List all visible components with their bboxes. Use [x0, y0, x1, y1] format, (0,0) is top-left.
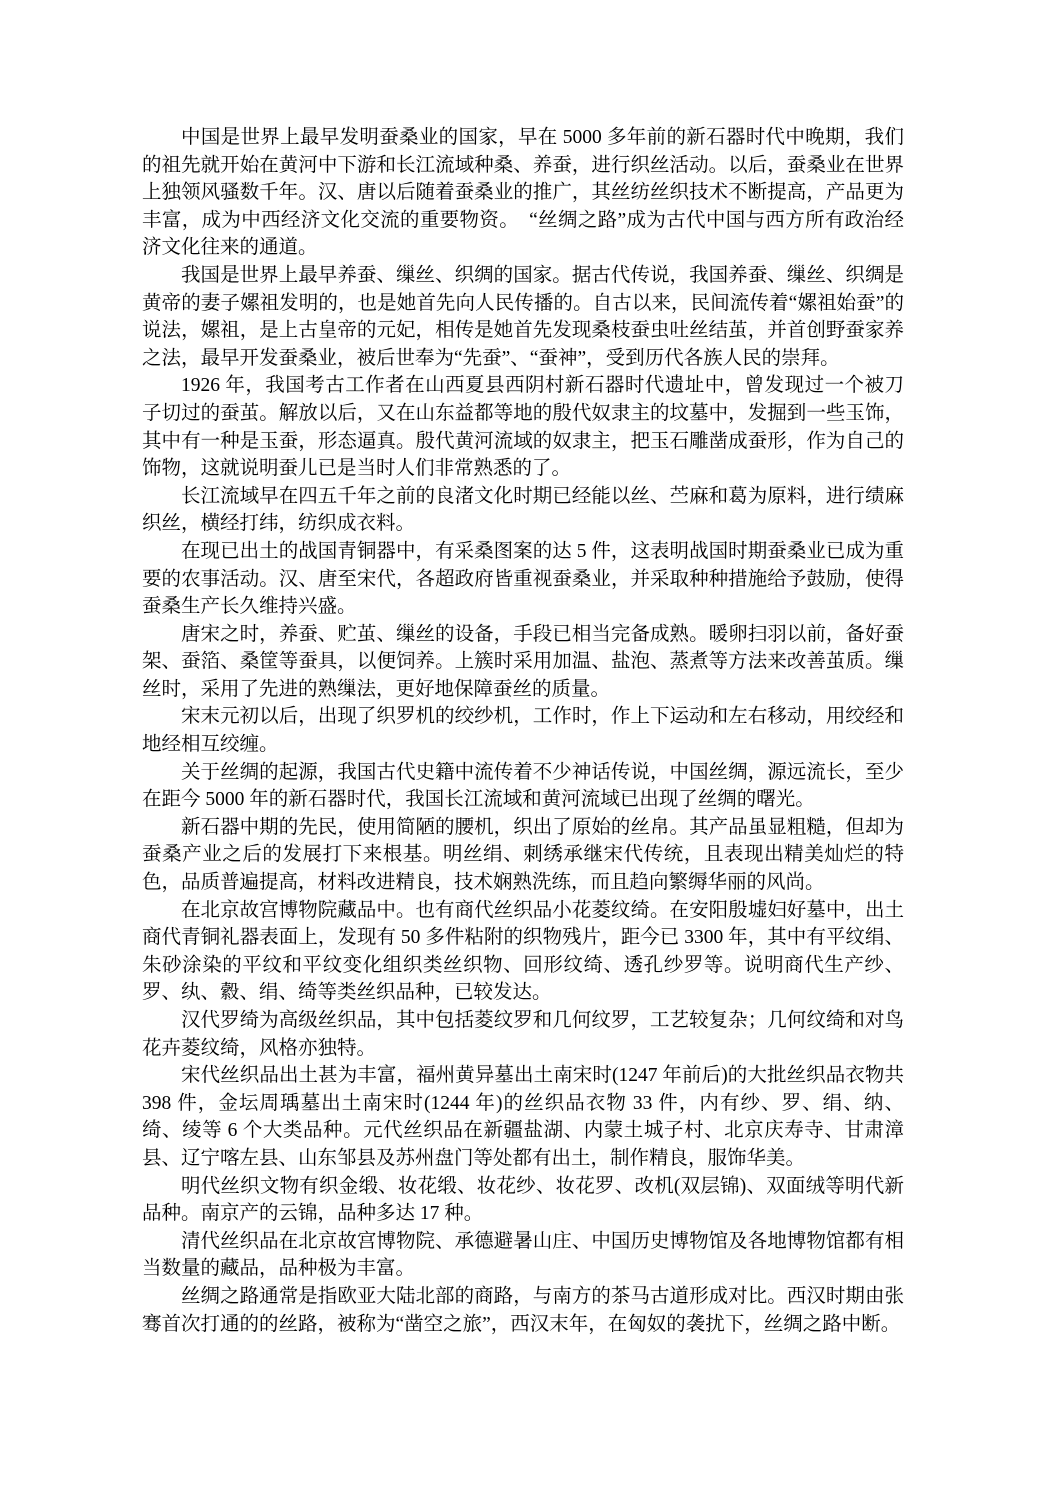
- paragraph-14: 清代丝织品在北京故宫博物院、承德避暑山庄、中国历史博物馆及各地博物馆都有相当数量…: [142, 1228, 904, 1283]
- paragraph-11: 汉代罗绮为高级丝织品，其中包括菱纹罗和几何纹罗，工艺较复杂；几何纹绮和对鸟花卉菱…: [142, 1007, 904, 1062]
- paragraph-2: 我国是世界上最早养蚕、缫丝、织绸的国家。据古代传说，我国养蚕、缫丝、织绸是黄帝的…: [142, 262, 904, 372]
- paragraph-7: 宋末元初以后，出现了织罗机的绞纱机，工作时，作上下运动和左右移动，用绞经和地经相…: [142, 703, 904, 758]
- document-page: 中国是世界上最早发明蚕桑业的国家，早在 5000 多年前的新石器时代中晚期，我们…: [142, 124, 904, 1338]
- paragraph-5: 在现已出土的战国青铜器中，有采桑图案的达 5 件，这表明战国时期蚕桑业已成为重要…: [142, 538, 904, 621]
- paragraph-4: 长江流域早在四五千年之前的良渚文化时期已经能以丝、苎麻和葛为原料，进行绩麻织丝，…: [142, 483, 904, 538]
- paragraph-13: 明代丝织文物有织金缎、妆花缎、妆花纱、妆花罗、改机(双层锦)、双面绒等明代新品种…: [142, 1173, 904, 1228]
- paragraph-10: 在北京故宫博物院藏品中。也有商代丝织品小花菱纹绮。在安阳殷墟妇好墓中，出土商代青…: [142, 897, 904, 1007]
- paragraph-3: 1926 年，我国考古工作者在山西夏县西阴村新石器时代遗址中，曾发现过一个被刀子…: [142, 372, 904, 482]
- paragraph-6: 唐宋之时，养蚕、贮茧、缫丝的设备，手段已相当完备成熟。暖卵扫羽以前，备好蚕架、蚕…: [142, 621, 904, 704]
- paragraph-15: 丝绸之路通常是指欧亚大陆北部的商路，与南方的茶马古道形成对比。西汉时期由张骞首次…: [142, 1283, 904, 1338]
- document-body: 中国是世界上最早发明蚕桑业的国家，早在 5000 多年前的新石器时代中晚期，我们…: [142, 124, 904, 1338]
- paragraph-8: 关于丝绸的起源，我国古代史籍中流传着不少神话传说，中国丝绸，源远流长，至少在距今…: [142, 759, 904, 814]
- paragraph-1: 中国是世界上最早发明蚕桑业的国家，早在 5000 多年前的新石器时代中晚期，我们…: [142, 124, 904, 262]
- paragraph-12: 宋代丝织品出土甚为丰富，福州黄异墓出土南宋时(1247 年前后)的大批丝织品衣物…: [142, 1062, 904, 1172]
- paragraph-9: 新石器中期的先民，使用简陋的腰机，织出了原始的丝帛。其产品虽显粗糙，但却为蚕桑产…: [142, 814, 904, 897]
